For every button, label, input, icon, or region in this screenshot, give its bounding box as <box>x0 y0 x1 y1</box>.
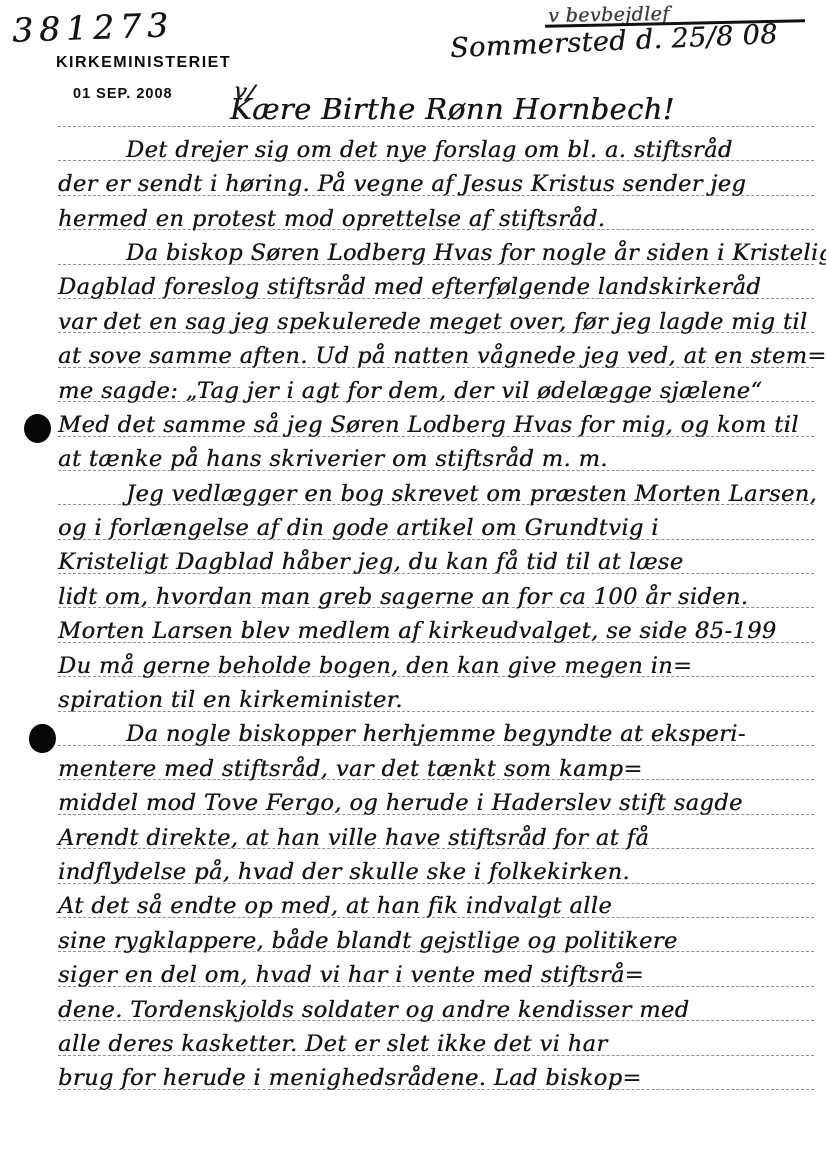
handwritten-line: brug for herude i menighedsrådene. Lad b… <box>58 1056 814 1090</box>
handwritten-line: sine rygklappere, både blandt gejstlige … <box>58 918 814 952</box>
handwritten-line: Dagblad foreslog stiftsråd med efterfølg… <box>58 265 814 299</box>
handwritten-line: siger en del om, hvad vi har i vente med… <box>58 952 814 986</box>
handwritten-line: At det så endte op med, at han fik indva… <box>58 884 814 918</box>
handwritten-line: der er sendt i høring. På vegne af Jesus… <box>58 161 814 195</box>
handwritten-line: Da nogle biskopper herhjemme begyndte at… <box>58 712 814 746</box>
scanned-letter-page: 381273 KIRKEMINISTERIET 01 SEP. 2008 v∕ … <box>0 0 826 1169</box>
stamp-ministry-name: KIRKEMINISTERIET <box>56 54 231 72</box>
handwritten-line: Morten Larsen blev medlem af kirkeudvalg… <box>58 608 814 642</box>
date-line: Sommersted d. 25/8 08 <box>449 19 778 64</box>
handwritten-line: Jeg vedlægger en bog skrevet om præsten … <box>58 471 814 505</box>
handwritten-line: lidt om, hvordan man greb sagerne an for… <box>58 574 814 608</box>
reference-number: 381273 <box>11 5 174 50</box>
handwritten-line: Arendt direkte, at han ville have stifts… <box>58 815 814 849</box>
handwritten-line: at sove samme aften. Ud på natten vågned… <box>58 333 814 367</box>
handwritten-line: at tænke på hans skriverier om stiftsråd… <box>58 437 814 471</box>
handwritten-line: me sagde: „Tag jer i agt for dem, der vi… <box>58 368 814 402</box>
handwritten-line: dene. Tordenskjolds soldater og andre ke… <box>58 987 814 1021</box>
handwritten-line: spiration til en kirkeminister. <box>58 677 814 711</box>
handwritten-line: mentere med stiftsråd, var det tænkt som… <box>58 746 814 780</box>
handwritten-line: hermed en protest mod oprettelse af stif… <box>58 196 814 230</box>
handwritten-line: Det drejer sig om det nye forslag om bl.… <box>58 127 814 161</box>
handwritten-line: Du må gerne beholde bogen, den kan give … <box>58 643 814 677</box>
handwritten-line: alle deres kasketter. Det er slet ikke d… <box>58 1021 814 1055</box>
handwritten-line: og i forlængelse af din gode artikel om … <box>58 505 814 539</box>
greeting-line: Kære Birthe Rønn Hornbech! <box>58 84 814 127</box>
handwritten-line: Da biskop Søren Lodberg Hvas for nogle å… <box>58 230 814 264</box>
punch-hole-top <box>24 414 51 443</box>
letter-body: Det drejer sig om det nye forslag om bl.… <box>58 127 814 1090</box>
handwritten-line: middel mod Tove Fergo, og herude i Hader… <box>58 780 814 814</box>
handwritten-line: Kristeligt Dagblad håber jeg, du kan få … <box>58 540 814 574</box>
handwritten-line: var det en sag jeg spekulerede meget ove… <box>58 299 814 333</box>
punch-hole-bottom <box>27 722 59 755</box>
greeting-text: Kære Birthe Rønn Hornbech! <box>230 92 675 126</box>
handwritten-line: indflydelse på, hvad der skulle ske i fo… <box>58 849 814 883</box>
handwritten-line: Med det samme så jeg Søren Lodberg Hvas … <box>58 402 814 436</box>
